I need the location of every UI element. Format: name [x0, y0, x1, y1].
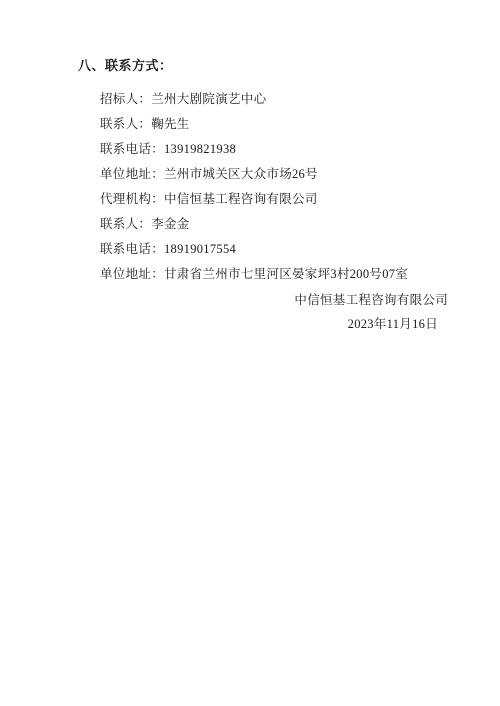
line-address-tenderer: 单位地址：兰州市城关区大众市场26号 [100, 162, 500, 187]
signature-company-name: 中信恒基工程咨询有限公司 [0, 288, 448, 312]
line-agency: 代理机构：中信恒基工程咨询有限公司 [100, 187, 500, 212]
line-contact-person-tenderer: 联系人：鞠先生 [100, 112, 500, 137]
signature-date: 2023年11月16日 [0, 312, 448, 336]
line-tenderer: 招标人：兰州大剧院演艺中心 [100, 87, 500, 112]
contact-section: 八、联系方式： 招标人：兰州大剧院演艺中心 联系人：鞠先生 联系电话：13919… [0, 58, 500, 336]
line-contact-phone-tenderer: 联系电话：13919821938 [100, 137, 500, 162]
line-address-agency: 单位地址：甘肃省兰州市七里河区晏家坪3村200号07室 [100, 262, 500, 287]
line-contact-person-agency: 联系人：李金金 [100, 212, 500, 237]
line-contact-phone-agency: 联系电话：18919017554 [100, 237, 500, 262]
document-page: 八、联系方式： 招标人：兰州大剧院演艺中心 联系人：鞠先生 联系电话：13919… [0, 0, 500, 706]
signature-block: 中信恒基工程咨询有限公司 2023年11月16日 [0, 288, 500, 336]
section-heading-contact-info: 八、联系方式： [78, 58, 500, 73]
